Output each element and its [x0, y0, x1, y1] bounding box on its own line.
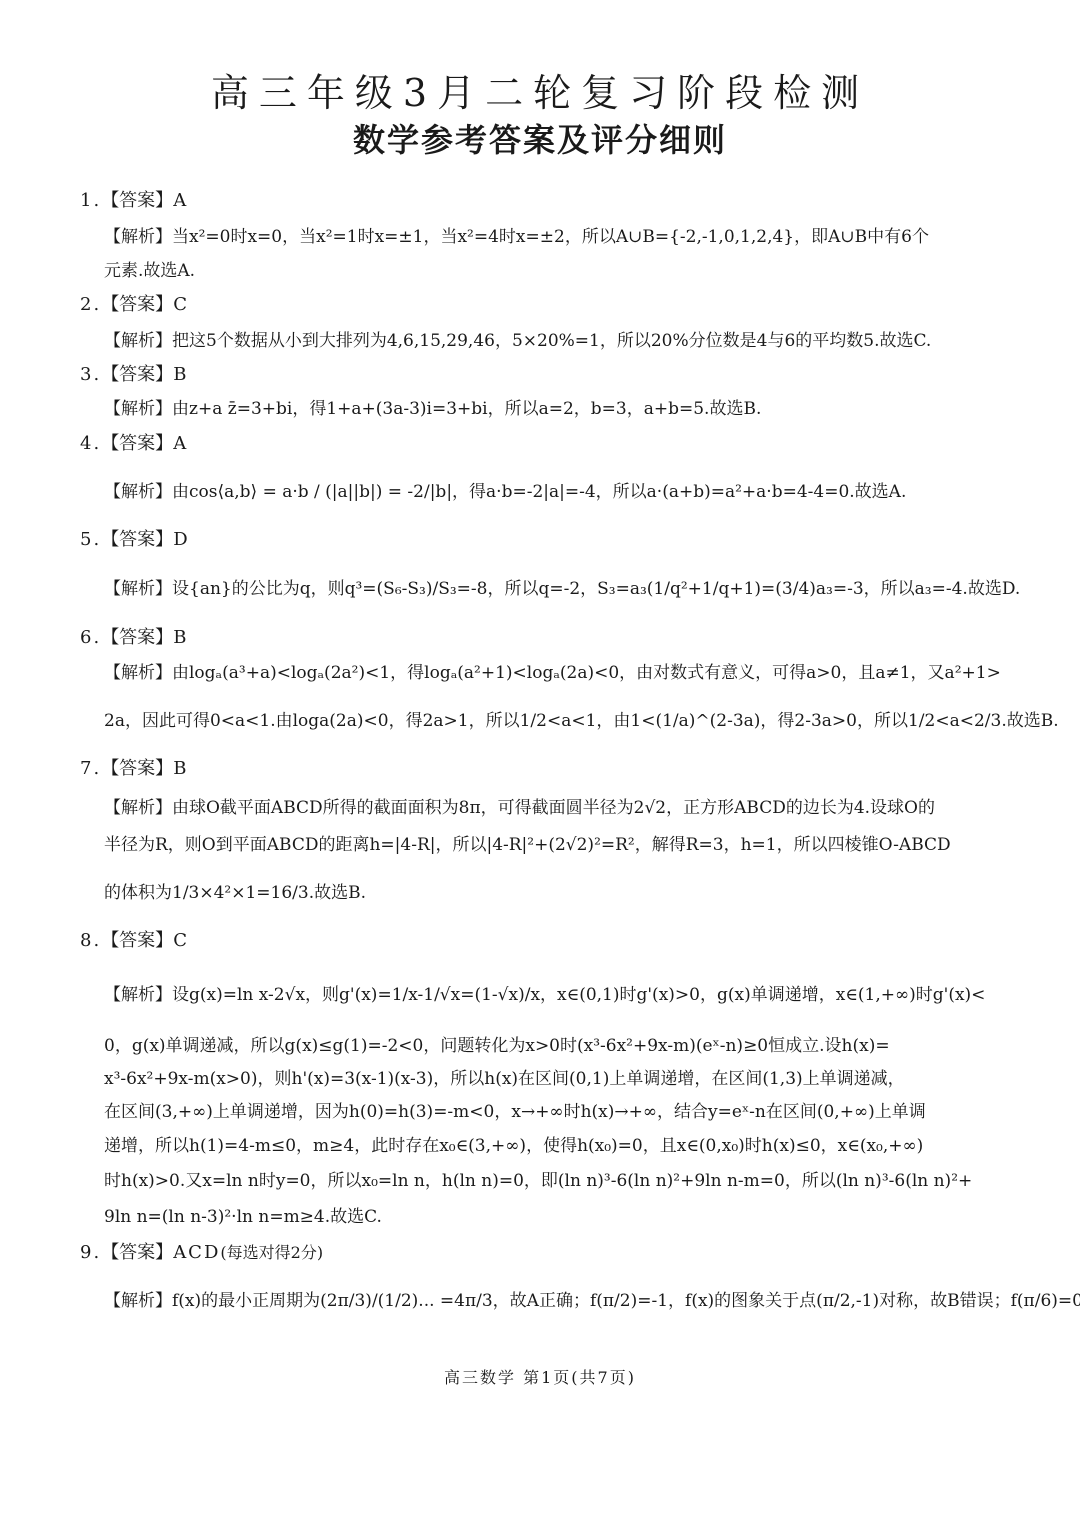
answer-value: C: [173, 930, 189, 951]
analysis-text: 由球O截平面ABCD所得的截面面积为8π，可得截面圆半径为2√2，正方形ABCD…: [172, 798, 935, 818]
answer-value: ACD: [173, 1242, 220, 1263]
analysis-line: 【解析】设{an}的公比为q，则q³=(S₆-S₃)/S₃=-8，所以q=-2，…: [104, 578, 1020, 600]
answer-tag: 【答案】: [101, 433, 173, 454]
analysis-line: 【解析】设g(x)=ln x-2√x，则g'(x)=1/x-1/√x=(1-√x…: [104, 984, 985, 1006]
analysis-line: 9ln n=(ln n-3)²·ln n=m≥4.故选C.: [104, 1206, 382, 1228]
analysis-tag: 【解析】: [104, 663, 172, 683]
question-number: 3.: [80, 364, 101, 385]
question-number: 9.: [80, 1242, 101, 1263]
answer-line-8: 8.【答案】C: [80, 930, 189, 952]
question-number: 7.: [80, 758, 101, 779]
answer-value: B: [173, 627, 188, 648]
analysis-tag: 【解析】: [104, 331, 172, 351]
answer-note: (每选对得2分): [220, 1243, 323, 1262]
answer-line-7: 7.【答案】B: [80, 758, 188, 780]
analysis-text: 当x²=0时x=0，当x²=1时x=±1，当x²=4时x=±2，所以A∪B={-…: [172, 227, 929, 247]
analysis-line: 【解析】由z+a z̄=3+bi，得1+a+(3a-3)i=3+bi，所以a=2…: [104, 398, 761, 420]
analysis-tag: 【解析】: [104, 227, 172, 247]
answer-line-1: 1.【答案】A: [80, 190, 188, 212]
analysis-line: 【解析】把这5个数据从小到大排列为4,6,15,29,46，5×20%=1，所以…: [104, 330, 931, 352]
analysis-line: 0，g(x)单调递减，所以g(x)≤g(1)=-2<0，问题转化为x>0时(x³…: [104, 1035, 890, 1057]
answer-tag: 【答案】: [101, 627, 173, 648]
document-subtitle: 数学参考答案及评分细则: [0, 115, 1080, 161]
page-footer: 高三数学 第1页(共7页): [0, 1365, 1080, 1388]
analysis-line: x³-6x²+9x-m(x>0)，则h'(x)=3(x-1)(x-3)，所以h(…: [104, 1068, 905, 1090]
analysis-text: 设{an}的公比为q，则q³=(S₆-S₃)/S₃=-8，所以q=-2，S₃=a…: [172, 579, 1020, 599]
answer-line-4: 4.【答案】A: [80, 433, 188, 455]
analysis-line: 【解析】f(x)的最小正周期为(2π/3)/(1/2)... =4π/3，故A正…: [104, 1290, 1080, 1312]
answer-line-9: 9.【答案】ACD(每选对得2分): [80, 1242, 323, 1264]
analysis-tag: 【解析】: [104, 482, 172, 502]
question-number: 4.: [80, 433, 101, 454]
question-number: 2.: [80, 294, 101, 315]
analysis-line: 的体积为1/3×4²×1=16/3.故选B.: [104, 882, 366, 904]
question-number: 6.: [80, 627, 101, 648]
answer-line-5: 5.【答案】D: [80, 529, 190, 551]
answer-tag: 【答案】: [101, 294, 173, 315]
analysis-text: 设g(x)=ln x-2√x，则g'(x)=1/x-1/√x=(1-√x)/x，…: [172, 985, 985, 1005]
answer-line-2: 2.【答案】C: [80, 294, 189, 316]
analysis-text: 把这5个数据从小到大排列为4,6,15,29,46，5×20%=1，所以20%分…: [172, 331, 931, 351]
answer-value: A: [173, 190, 188, 211]
answer-value: B: [173, 364, 188, 385]
analysis-line: 2a，因此可得0<a<1.由loga(2a)<0，得2a>1，所以1/2<a<1…: [104, 710, 1059, 732]
analysis-line: 【解析】由球O截平面ABCD所得的截面面积为8π，可得截面圆半径为2√2，正方形…: [104, 797, 935, 819]
analysis-tag: 【解析】: [104, 399, 172, 419]
answer-value: C: [173, 294, 189, 315]
answer-tag: 【答案】: [101, 1242, 173, 1263]
question-number: 5.: [80, 529, 101, 550]
analysis-text: f(x)的最小正周期为(2π/3)/(1/2)... =4π/3，故A正确；f(…: [172, 1291, 1080, 1311]
analysis-tag: 【解析】: [104, 985, 172, 1005]
question-number: 1.: [80, 190, 101, 211]
answer-value: A: [173, 433, 188, 454]
answer-value: B: [173, 758, 188, 779]
analysis-text: 由logₐ(a³+a)<logₐ(2a²)<1，得logₐ(a²+1)<logₐ…: [172, 663, 1001, 683]
analysis-line: 在区间(3,+∞)上单调递增，因为h(0)=h(3)=-m<0，x→+∞时h(x…: [104, 1101, 926, 1123]
analysis-line: 半径为R，则O到平面ABCD的距离h=|4-R|，所以|4-R|²+(2√2)²…: [104, 834, 951, 856]
analysis-line: 【解析】由cos⟨a,b⟩ = a·b / (|a||b|) = -2/|b|，…: [104, 481, 906, 503]
document-title: 高三年级3月二轮复习阶段检测: [0, 62, 1080, 117]
answer-tag: 【答案】: [101, 930, 173, 951]
analysis-line: 【解析】由logₐ(a³+a)<logₐ(2a²)<1，得logₐ(a²+1)<…: [104, 662, 1001, 684]
analysis-line: 元素.故选A.: [104, 260, 195, 282]
answer-line-3: 3.【答案】B: [80, 364, 188, 386]
answer-tag: 【答案】: [101, 529, 173, 550]
analysis-line: 递增，所以h(1)=4-m≤0，m≥4，此时存在x₀∈(3,+∞)，使得h(x₀…: [104, 1135, 923, 1157]
analysis-tag: 【解析】: [104, 1291, 172, 1311]
analysis-tag: 【解析】: [104, 579, 172, 599]
answer-value: D: [173, 529, 189, 550]
answer-line-6: 6.【答案】B: [80, 627, 188, 649]
answer-tag: 【答案】: [101, 758, 173, 779]
answer-tag: 【答案】: [101, 364, 173, 385]
analysis-text: 由z+a z̄=3+bi，得1+a+(3a-3)i=3+bi，所以a=2，b=3…: [172, 399, 761, 419]
analysis-text: 由cos⟨a,b⟩ = a·b / (|a||b|) = -2/|b|，得a·b…: [172, 482, 906, 502]
analysis-tag: 【解析】: [104, 798, 172, 818]
analysis-line: 时h(x)>0.又x=ln n时y=0，所以x₀=ln n，h(ln n)=0，…: [104, 1170, 972, 1192]
question-number: 8.: [80, 930, 101, 951]
analysis-line: 【解析】当x²=0时x=0，当x²=1时x=±1，当x²=4时x=±2，所以A∪…: [104, 226, 929, 248]
answer-tag: 【答案】: [101, 190, 173, 211]
